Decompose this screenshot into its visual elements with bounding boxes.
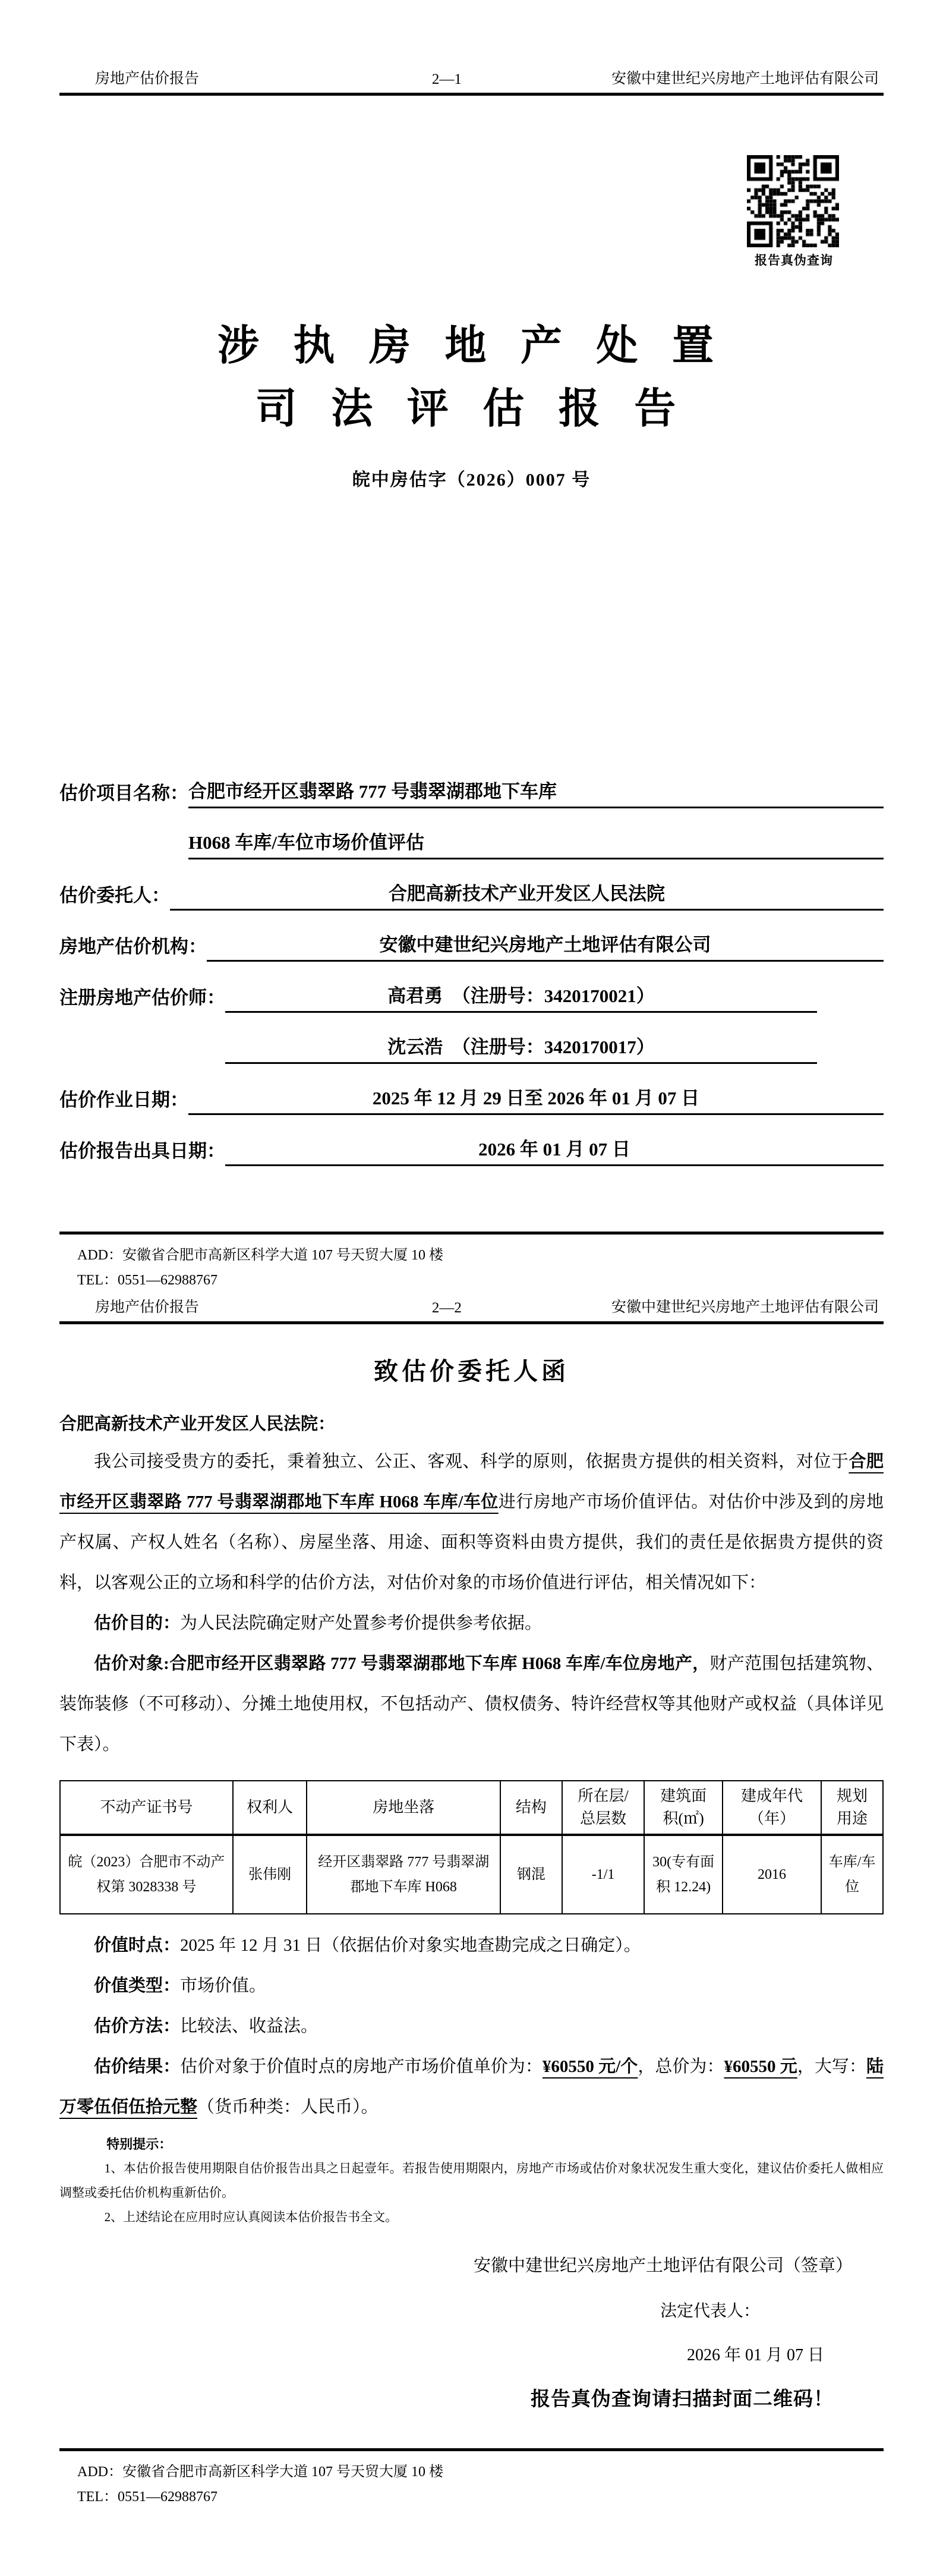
appraisal-result: 估价结果：估价对象于价值时点的房地产市场价值单价为：¥60550 元/个，总价为… [59, 2046, 884, 2127]
field-value: 沈云浩 （注册号：3420170017） [225, 1032, 817, 1064]
footer-address: ADD：安徽省合肥市高新区科学大道 107 号天贸大厦 10 楼 [77, 2460, 884, 2484]
notice-item-2: 2、上述结论在应用时应认真阅读本估价报告书全文。 [59, 2205, 884, 2229]
value-type: 价值类型：市场价值。 [59, 1966, 884, 2006]
value-date: 价值时点：2025 年 12 月 31 日（依据估价对象实地查勘完成之日确定）。 [59, 1925, 884, 1966]
cell-floor: -1/1 [562, 1835, 645, 1914]
company-signature: 安徽中建世纪兴房地产土地评估有限公司（签章） [59, 2252, 884, 2276]
footer-address: ADD：安徽省合肥市高新区科学大道 107 号天贸大厦 10 楼 [77, 1243, 884, 1268]
section-text: 比较法、收益法。 [180, 2017, 318, 2036]
field-value: 2025 年 12 月 29 日至 2026 年 01 月 07 日 [188, 1083, 884, 1115]
section-label: 估价方法： [94, 2017, 180, 2036]
appraisal-purpose: 估价目的：为人民法院确定财产处置参考价提供参考依据。 [59, 1603, 884, 1643]
field-value: 合肥高新技术产业开发区人民法院 [170, 878, 884, 911]
header-company-name: 安徽中建世纪兴房地产土地评估有限公司 [611, 1295, 879, 1317]
field-value: H068 车库/车位市场价值评估 [188, 827, 884, 859]
col-year-built: 建成年代 （年） [723, 1781, 821, 1835]
qr-scan-note: 报告真伪查询请扫描封面二维码！ [59, 2383, 884, 2411]
field-appraiser-1: 注册房地产估价师： 高君勇 （注册号：3420170021） [59, 962, 884, 1013]
appraisal-subject: 估价对象:合肥市经开区翡翠路 777 号翡翠湖郡地下车库 H068 车库/车位房… [59, 1643, 884, 1765]
header-page-number: 2—1 [432, 71, 462, 88]
unit-price-value: ¥60550 元/个 [543, 2057, 638, 2076]
subject-property-table: 不动产证书号 权利人 房地坐落 结构 所在层/ 总层数 建筑面 积(㎡) 建成年… [59, 1780, 884, 1914]
signature-date: 2026 年 01 月 07 日 [59, 2342, 884, 2366]
report-title-line1: 涉 执 房 地 产 处 置 [59, 315, 884, 378]
field-appraiser-2: 注册房地产估价师： 沈云浩 （注册号：3420170017） [59, 1013, 884, 1064]
field-label: 估价作业日期： [59, 1085, 188, 1115]
notice-label: 特别提示： [59, 2132, 884, 2156]
header-page-number: 2—2 [432, 1300, 462, 1317]
field-label: 估价委托人： [59, 880, 170, 911]
page1-footer: ADD：安徽省合肥市高新区科学大道 107 号天贸大厦 10 楼 TEL：055… [59, 1232, 884, 1295]
section-label: 估价目的： [94, 1614, 180, 1633]
page2-header: 房地产估价报告 2—2 安徽中建世纪兴房地产土地评估有限公司 [59, 1295, 884, 1324]
col-location: 房地坐落 [307, 1781, 500, 1835]
cell-certificate-number: 皖（2023）合肥市不动产权第 3028338 号 [60, 1835, 233, 1914]
cell-location: 经开区翡翠路 777 号翡翠湖郡地下车库 H068 [307, 1835, 500, 1914]
subject-property-bold: 合肥市经开区翡翠路 777 号翡翠湖郡地下车库 H068 车库/车位房地产， [169, 1654, 710, 1673]
section-label: 价值时点： [94, 1936, 180, 1955]
notice-item-1: 1、本估价报告使用期限自估价报告出具之日起壹年。若报告使用期限内，房地产市场或估… [59, 2156, 884, 2205]
field-label: 房地产估价机构： [59, 931, 207, 962]
appraisal-method: 估价方法：比较法、收益法。 [59, 2006, 884, 2046]
header-company-name: 安徽中建世纪兴房地产土地评估有限公司 [611, 67, 879, 88]
field-value: 合肥市经开区翡翠路 777 号翡翠湖郡地下车库 [188, 776, 884, 808]
field-client: 估价委托人： 合肥高新技术产业开发区人民法院 [59, 859, 884, 911]
cell-structure: 钢混 [500, 1835, 562, 1914]
cell-year-built: 2016 [723, 1835, 821, 1914]
col-floor: 所在层/ 总层数 [562, 1781, 645, 1835]
table-header-row: 不动产证书号 权利人 房地坐落 结构 所在层/ 总层数 建筑面 积(㎡) 建成年… [60, 1781, 883, 1835]
field-label: 估价报告出具日期： [59, 1136, 225, 1166]
letter-page: 房地产估价报告 2—2 安徽中建世纪兴房地产土地评估有限公司 致估价委托人函 合… [0, 1295, 943, 2512]
letter-addressee: 合肥高新技术产业开发区人民法院： [59, 1410, 884, 1438]
report-title: 涉 执 房 地 产 处 置 司 法 评 估 报 告 [59, 315, 884, 441]
letter-opening-paragraph: 我公司接受贵方的委托，秉着独立、公正、客观、科学的原则，依据贵方提供的相关资料，… [59, 1441, 884, 1603]
section-label: 估价对象: [94, 1654, 169, 1673]
report-title-line2: 司 法 评 估 报 告 [59, 378, 884, 441]
page2-footer: ADD：安徽省合肥市高新区科学大道 107 号天贸大厦 10 楼 TEL：055… [59, 2448, 884, 2512]
header-doc-type: 房地产估价报告 [95, 1295, 199, 1317]
cover-fields: 估价项目名称： 合肥市经开区翡翠路 777 号翡翠湖郡地下车库 估价项目名称： … [59, 757, 884, 1166]
field-issue-date: 估价报告出具日期： 2026 年 01 月 07 日 [59, 1115, 884, 1166]
footer-telephone: TEL：0551—62988767 [77, 2484, 884, 2509]
field-value: 2026 年 01 月 07 日 [225, 1134, 884, 1166]
field-label: 注册房地产估价师： [59, 982, 225, 1013]
section-label: 价值类型： [94, 1976, 180, 1995]
cell-planned-use: 车库/车位 [821, 1835, 883, 1914]
section-text: ，总价为： [638, 2057, 724, 2076]
col-owner: 权利人 [233, 1781, 307, 1835]
field-agency: 房地产估价机构： 安徽中建世纪兴房地产土地评估有限公司 [59, 911, 884, 962]
cell-area: 30(专有面积 12.24) [644, 1835, 723, 1914]
qr-verification-block: 报告真伪查询 [747, 155, 841, 269]
section-text: 市场价值。 [180, 1976, 266, 1995]
special-notice: 特别提示： 1、本估价报告使用期限自估价报告出具之日起壹年。若报告使用期限内，房… [59, 2132, 884, 2229]
col-structure: 结构 [500, 1781, 562, 1835]
field-label: 估价项目名称： [59, 778, 188, 808]
section-text: （货币种类：人民币）。 [197, 2098, 379, 2117]
qr-code [747, 155, 839, 247]
header-doc-type: 房地产估价报告 [95, 67, 199, 88]
report-cover-page: 房地产估价报告 2—1 安徽中建世纪兴房地产土地评估有限公司 报告真伪查询 涉 … [0, 0, 943, 1295]
col-certificate-number: 不动产证书号 [60, 1781, 233, 1835]
field-value: 安徽中建世纪兴房地产土地评估有限公司 [207, 930, 884, 962]
footer-telephone: TEL：0551—62988767 [77, 1268, 884, 1293]
legal-representative: 法定代表人： [59, 2298, 884, 2322]
col-planned-use: 规划 用途 [821, 1781, 883, 1835]
table-row: 皖（2023）合肥市不动产权第 3028338 号 张伟刚 经开区翡翠路 777… [60, 1835, 883, 1914]
appraisal-report-document: 房地产估价报告 2—1 安徽中建世纪兴房地产土地评估有限公司 报告真伪查询 涉 … [0, 0, 943, 2512]
page1-header: 房地产估价报告 2—1 安徽中建世纪兴房地产土地评估有限公司 [59, 67, 884, 96]
cell-owner: 张伟刚 [233, 1835, 307, 1914]
field-value: 高君勇 （注册号：3420170021） [225, 981, 817, 1013]
total-price-value: ¥60550 元 [724, 2057, 797, 2076]
section-label: 估价结果： [94, 2057, 180, 2076]
field-work-dates: 估价作业日期： 2025 年 12 月 29 日至 2026 年 01 月 07… [59, 1064, 884, 1115]
field-project-name-line2: 估价项目名称： H068 车库/车位市场价值评估 [59, 808, 884, 859]
qr-caption: 报告真伪查询 [747, 251, 841, 269]
section-text: 为人民法院确定财产处置参考价提供参考依据。 [180, 1614, 542, 1633]
section-text: 2025 年 12 月 31 日（依据估价对象实地查勘完成之日确定）。 [180, 1936, 641, 1955]
col-area: 建筑面 积(㎡) [644, 1781, 723, 1835]
section-text: 估价对象于价值时点的房地产市场价值单价为： [180, 2057, 543, 2076]
paragraph-text: 我公司接受贵方的委托，秉着独立、公正、客观、科学的原则，依据贵方提供的相关资料，… [94, 1452, 849, 1471]
section-text: ，大写： [797, 2057, 866, 2076]
letter-title: 致估价委托人函 [59, 1352, 884, 1387]
field-project-name: 估价项目名称： 合肥市经开区翡翠路 777 号翡翠湖郡地下车库 [59, 757, 884, 808]
document-number: 皖中房估字（2026）0007 号 [59, 465, 884, 491]
